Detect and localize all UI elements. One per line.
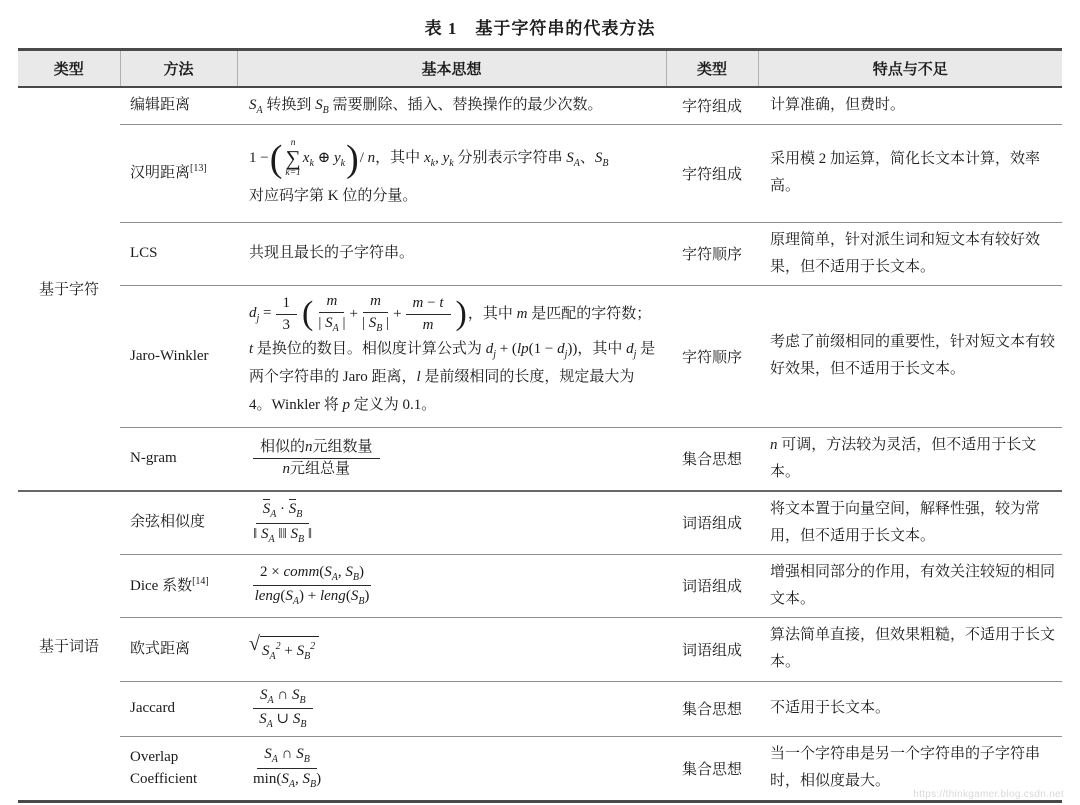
methods-table: 类型 方法 基本思想 类型 特点与不足 基于字符 编辑距离 SA 转换到 SB … [18,48,1062,803]
formula-lead: dj = [249,300,272,328]
method-cell: Jaro-Winkler [120,285,237,427]
left-paren: ( [301,299,314,330]
table-row: Jaro-Winkler dj = 1 3 ( m | SA | + [18,285,1062,427]
type-cell: 集合思想 [666,681,758,736]
note-cell: 增强相同部分的作用，有效关注较短的相同文本。 [758,554,1062,617]
fraction: SA ∩ SB min(SA, SB) [253,745,321,791]
header-features: 特点与不足 [758,50,1062,87]
table-row: N-gram 相似的n元组数量 n元组总量 集合思想 n 可调，方法较为灵活，但… [18,427,1062,491]
idea-cell: 1 − ( n ∑ k=1 xk ⊕ yk ) / n ，其中 xk, yk 分… [237,124,666,222]
fraction: SA ∩ SB SA ∪ SB [253,686,313,732]
plus-sign: + [349,301,357,328]
denominator: 3 [283,315,291,335]
group-cell-character-based: 基于字符 [18,87,120,491]
formula-prefix: 1 − [249,145,269,172]
right-paren: ) [345,142,360,176]
fraction: m − t m [406,294,451,335]
numerator: m [363,292,388,313]
numerator: 2 × comm(SA, SB) [253,563,371,587]
method-cell: 余弦相似度 [120,491,237,555]
type-cell: 字符顺序 [666,285,758,427]
denominator: SA ∪ SB [259,709,306,732]
table-row: Jaccard SA ∩ SB SA ∪ SB 集合思想 不适用于长文本。 [18,681,1062,736]
radical-sign: √ [249,634,260,654]
square-root: √ SA2 + SB2 [249,636,319,666]
fraction: 2 × comm(SA, SB) leng(SA) + leng(SB) [253,563,371,609]
type-cell: 字符组成 [666,87,758,125]
watermark-url: https://thinkgamer.blog.csdn.net [913,789,1064,800]
formula-tail-text: ，其中 m 是匹配的字符数； [468,301,651,328]
type-cell: 集合思想 [666,427,758,491]
numerator: m − t [406,294,451,315]
numerator: SA ∩ SB [253,686,313,710]
plus-sign: + [393,301,401,328]
note-cell: 算法简单直接，但效果粗糙，不适用于长文本。 [758,617,1062,681]
idea-cell: dj = 1 3 ( m | SA | + m | S [237,285,666,427]
denominator: | SB | [362,313,389,336]
method-cell: 编辑距离 [120,87,237,125]
idea-cell: SA ∩ SB SA ∪ SB [237,681,666,736]
note-cell: 计算准确，但费时。 [758,87,1062,125]
table-row: 基于词语 余弦相似度 SA · SB ‖ SA ‖‖ SB ‖ 词语组成 将文本… [18,491,1062,555]
header-method: 方法 [120,50,237,87]
formula-second-line: 对应码字第 K 位的分量。 [249,185,658,208]
header-type-group: 类型 [18,50,120,87]
idea-cell: 共现且最长的子字符串。 [237,222,666,285]
table-row: Dice 系数[14] 2 × comm(SA, SB) leng(SA) + … [18,554,1062,617]
header-basic-idea: 基本思想 [237,50,666,87]
note-cell: 不适用于长文本。 [758,681,1062,736]
idea-cell: SA ∩ SB min(SA, SB) [237,736,666,801]
sum-body: xk ⊕ yk [303,145,345,173]
type-cell: 词语组成 [666,617,758,681]
header-row: 类型 方法 基本思想 类型 特点与不足 [18,50,1062,87]
denominator: ‖ SA ‖‖ SB ‖ [253,524,312,547]
formula-tail-text: ，其中 xk, yk 分别表示字符串 SA、SB [375,145,608,173]
table-row: 汉明距离[13] 1 − ( n ∑ k=1 xk ⊕ yk ) / n ，其中 [18,124,1062,222]
numerator: m [319,292,344,313]
denominator: n元组总量 [283,459,351,479]
numerator: SA ∩ SB [257,745,317,769]
method-cell: Dice 系数[14] [120,554,237,617]
header-type: 类型 [666,50,758,87]
table-row: LCS 共现且最长的子字符串。 字符顺序 原理简单，针对派生词和短文本有较好效果… [18,222,1062,285]
note-cell: n 可调，方法较为灵活，但不适用于长文本。 [758,427,1062,491]
note-cell: 考虑了前缀相同的重要性，针对短文本有较好效果，但不适用于长文本。 [758,285,1062,427]
type-cell: 字符顺序 [666,222,758,285]
method-cell: LCS [120,222,237,285]
fraction: 相似的n元组数量 n元组总量 [253,438,380,479]
radicand: SA2 + SB2 [260,636,319,666]
group-cell-word-based: 基于词语 [18,491,120,802]
method-cell: Jaccard [120,681,237,736]
numerator: SA · SB [256,499,310,524]
denominator: m [423,315,434,335]
hamming-formula: 1 − ( n ∑ k=1 xk ⊕ yk ) / n ，其中 xk, yk 分… [249,139,658,179]
jaro-winkler-formula: dj = 1 3 ( m | SA | + m | S [249,292,658,335]
fraction: SA · SB ‖ SA ‖‖ SB ‖ [253,499,312,546]
sigma-symbol: ∑ [286,148,301,169]
type-cell: 词语组成 [666,554,758,617]
idea-cell: √ SA2 + SB2 [237,617,666,681]
note-cell: 采用模 2 加运算，简化长文本计算，效率高。 [758,124,1062,222]
numerator: 相似的n元组数量 [253,438,380,459]
table-header: 类型 方法 基本思想 类型 特点与不足 [18,50,1062,87]
denominator: leng(SA) + leng(SB) [255,586,370,609]
document-page: 表 1 基于字符串的代表方法 类型 方法 基本思想 类型 特点与不足 基于字符 … [0,0,1080,805]
formula-paragraph: t 是换位的数目。相似度计算公式为 dj + (lp(1 − dj))，其中 d… [249,336,658,420]
idea-cell: 2 × comm(SA, SB) leng(SA) + leng(SB) [237,554,666,617]
idea-cell: 相似的n元组数量 n元组总量 [237,427,666,491]
idea-cell: SA · SB ‖ SA ‖‖ SB ‖ [237,491,666,555]
note-cell: 将文本置于向量空间，解释性强，较为常用，但不适用于长文本。 [758,491,1062,555]
denominator: min(SA, SB) [253,769,321,792]
table-row: 基于字符 编辑距离 SA 转换到 SB 需要删除、插入、替换操作的最少次数。 字… [18,87,1062,125]
type-cell: 词语组成 [666,491,758,555]
table-title: 表 1 基于字符串的代表方法 [0,0,1080,36]
denominator: | SA | [318,313,345,336]
numerator: 1 [276,294,298,315]
table-row: 欧式距离 √ SA2 + SB2 词语组成 算法简单直接，但效果粗糙，不适用于长… [18,617,1062,681]
fraction: 1 3 [276,294,298,335]
method-cell: N-gram [120,427,237,491]
method-cell: 汉明距离[13] [120,124,237,222]
summation: n ∑ k=1 [285,139,300,179]
table-row: Overlap Coefficient SA ∩ SB min(SA, SB) … [18,736,1062,801]
right-paren: ) [455,299,468,330]
type-cell: 字符组成 [666,124,758,222]
sum-lower-limit: k=1 [285,169,300,179]
idea-cell: SA 转换到 SB 需要删除、插入、替换操作的最少次数。 [237,87,666,125]
method-cell: 欧式距离 [120,617,237,681]
left-paren: ( [269,142,284,176]
fraction: m | SA | [318,292,345,335]
method-cell: Overlap Coefficient [120,736,237,801]
type-cell: 集合思想 [666,736,758,801]
note-cell: 原理简单，针对派生词和短文本有较好效果，但不适用于长文本。 [758,222,1062,285]
formula-divisor: / n [360,145,375,172]
fraction: m | SB | [362,292,389,335]
